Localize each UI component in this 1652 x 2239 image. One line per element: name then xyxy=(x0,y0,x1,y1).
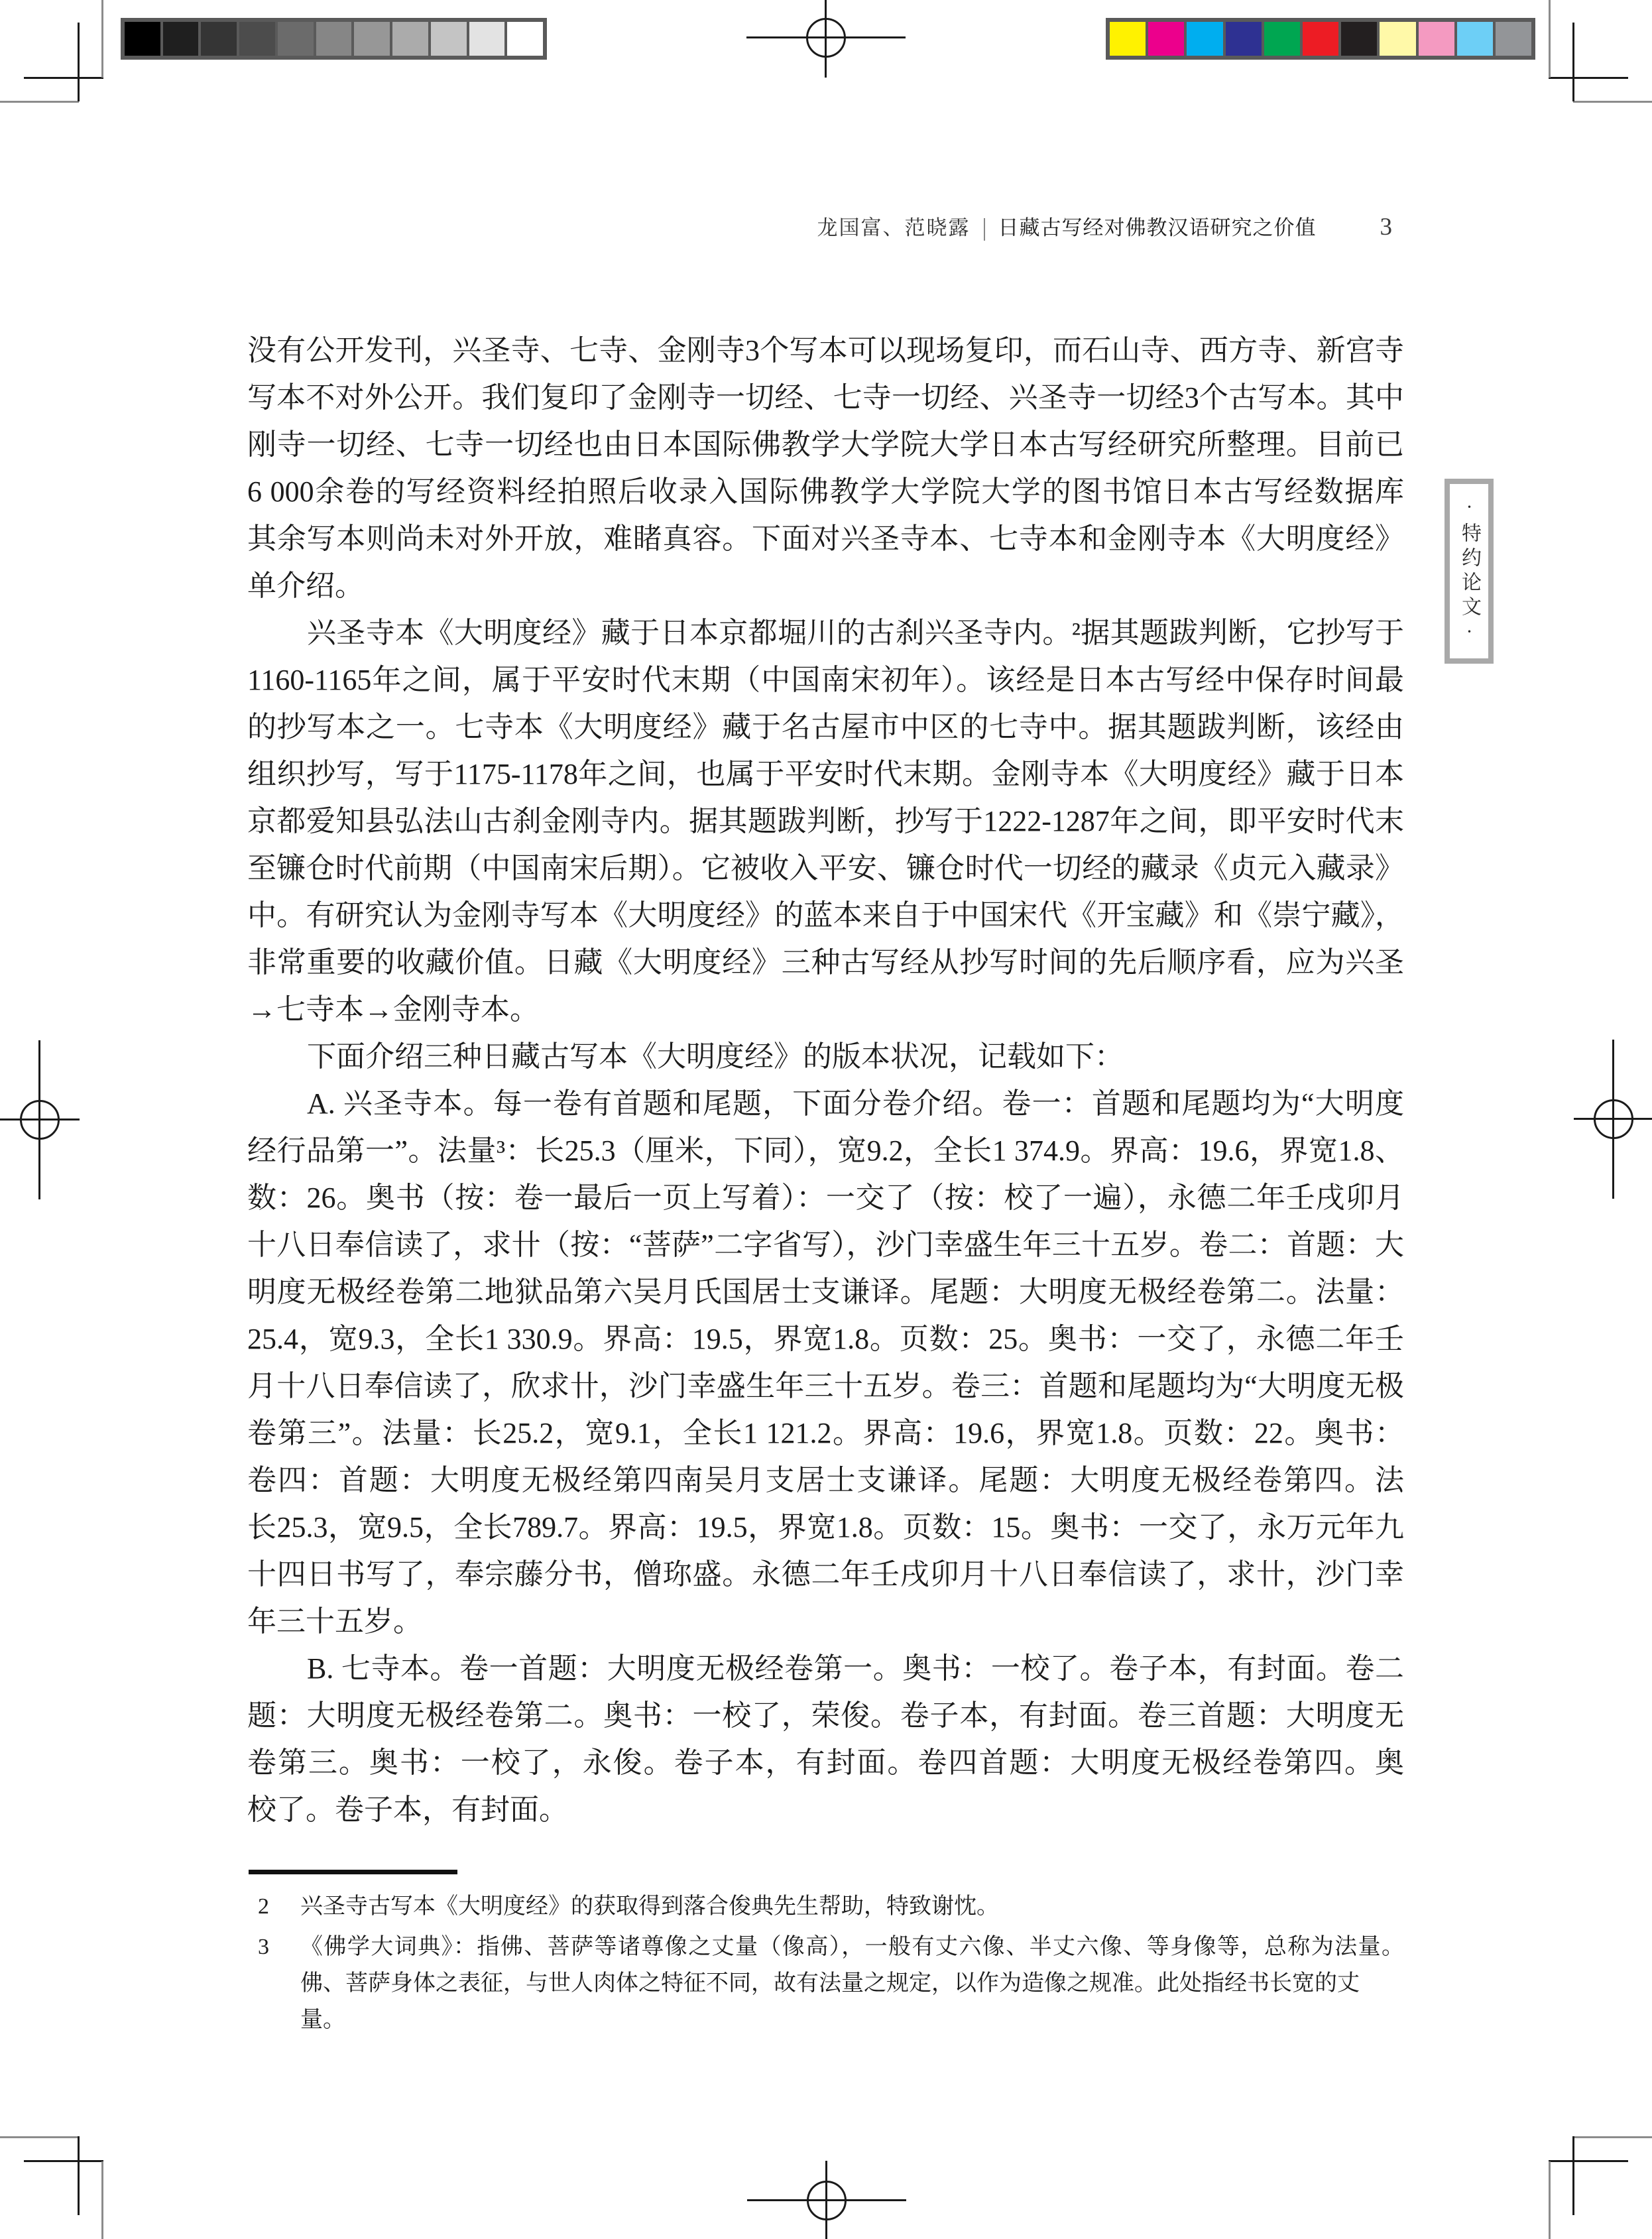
body-text-line: 校了。卷子本，有封面。 xyxy=(247,1786,1404,1833)
body-text-line: 卷四：首题：大明度无极经第四南吴月支居士支谦译。尾题：大明度无极经卷第四。法量： xyxy=(247,1457,1404,1504)
body-text-line: 题：大明度无极经卷第二。奥书：一校了，荣俊。卷子本，有封面。卷三首题：大明度无极… xyxy=(247,1692,1404,1739)
calibration-swatch xyxy=(1110,22,1146,56)
body-text-line: 其余写本则尚未对外开放，难睹真容。下面对兴圣寺本、七寺本和金刚寺本《大明度经》作… xyxy=(247,515,1404,562)
trim-mark-line xyxy=(101,0,103,78)
body-text-line: 刚寺一切经、七寺一切经也由日本国际佛教学大学院大学日本古写经研究所整理。目前已经… xyxy=(247,421,1404,468)
calibration-swatch xyxy=(1303,22,1338,56)
trim-mark-line xyxy=(0,2136,79,2138)
body-text-line: 25.4，宽9.3，全长1 330.9。界高：19.5，界宽1.8。页数：25。… xyxy=(247,1315,1404,1362)
body-text-line: 组织抄写，写于1175-1178年之间，也属于平安时代末期。金刚寺本《大明度经》… xyxy=(247,751,1404,798)
column-tab-special-paper: ·特约论文· xyxy=(1445,479,1494,664)
body-text-line: 兴圣寺本《大明度经》藏于日本京都堀川的古刹兴圣寺内。²据其题跋判断，它抄写于 xyxy=(247,609,1404,656)
trim-mark-line xyxy=(1573,101,1652,103)
calibration-swatch xyxy=(1419,22,1454,56)
trim-mark-line xyxy=(1549,77,1628,79)
body-text-line: 长25.3，宽9.5，全长789.7。界高：19.5，界宽1.8。页数：15。奥… xyxy=(247,1504,1404,1551)
body-text-line: A. 兴圣寺本。每一卷有首题和尾题，下面分卷介绍。卷一：首题和尾题均为“大明度无… xyxy=(247,1080,1404,1127)
body-text-line: B. 七寺本。卷一首题：大明度无极经卷第一。奥书：一校了。卷子本，有封面。卷二首 xyxy=(247,1645,1404,1692)
footnote: 3《佛学大词典》：指佛、菩萨等诸尊像之丈量（像高），一般有丈六像、半丈六像、等身… xyxy=(247,1929,1404,2038)
body-text-line: 卷第三”。法量：长25.2，宽9.1，全长1 121.2。界高：19.6，界宽1… xyxy=(247,1410,1404,1457)
trim-mark-line xyxy=(1549,2161,1551,2239)
calibration-swatch xyxy=(316,22,352,56)
header-article-title: 日藏古写经对佛教汉语研究之价值 xyxy=(998,211,1317,241)
body-text-line: →七寺本→金刚寺本。 xyxy=(247,986,1404,1033)
calibration-swatch xyxy=(278,22,314,56)
calibration-swatch xyxy=(354,22,390,56)
footnote: 2兴圣寺古写本《大明度经》的获取得到落合俊典先生帮助，特致谢忱。 xyxy=(247,1888,1404,1925)
calibration-swatch xyxy=(1148,22,1184,56)
footnote-number: 2 xyxy=(258,1888,300,1925)
body-text-line: 下面介绍三种日藏古写本《大明度经》的版本状况，记载如下： xyxy=(247,1033,1404,1080)
trim-mark-line xyxy=(1573,2136,1652,2138)
footnote-text-line: 兴圣寺古写本《大明度经》的获取得到落合俊典先生帮助，特致谢忱。 xyxy=(300,1888,1404,1925)
calibration-swatch xyxy=(507,22,543,56)
body-text-line: 明度无极经卷第二地狱品第六吴月氏国居士支谦译。尾题：大明度无极经卷第二。法量：长 xyxy=(247,1268,1404,1315)
trim-mark-line xyxy=(1572,23,1574,101)
body-text-line: 月十八日奉信读了，欣求卄，沙门幸盛生年三十五岁。卷三：首题和尾题均为“大明度无极… xyxy=(247,1362,1404,1410)
grayscale-calibration-bar xyxy=(121,18,547,60)
page-number: 3 xyxy=(1380,213,1393,241)
calibration-swatch xyxy=(125,22,160,56)
body-text-line: 数：26。奥书（按：卷一最后一页上写着）：一交了（按：校了一遍），永德二年壬戌卯… xyxy=(247,1174,1404,1221)
calibration-swatch xyxy=(1264,22,1300,56)
body-text-line: 单介绍。 xyxy=(247,562,1404,609)
color-calibration-bar xyxy=(1106,18,1535,60)
calibration-swatch xyxy=(1226,22,1262,56)
calibration-swatch xyxy=(1457,22,1493,56)
scanned-journal-page: 龙国富、范晓露 日藏古写经对佛教汉语研究之价值 3 ·特约论文· 没有公开发刊，… xyxy=(0,0,1652,2239)
trim-mark-line xyxy=(0,101,79,103)
body-text-line: 6 000余卷的写经资料经拍照后收录入国际佛教学大学院大学的图书馆日本古写经数据… xyxy=(247,468,1404,515)
trim-mark-line xyxy=(101,2161,103,2239)
calibration-swatch xyxy=(163,22,199,56)
header-authors: 龙国富、范晓露 xyxy=(817,211,971,241)
footnote-divider-rule xyxy=(249,1870,457,1874)
footnote-text-line: 《佛学大词典》：指佛、菩萨等诸尊像之丈量（像高），一般有丈六像、半丈六像、等身像… xyxy=(300,1929,1404,1965)
trim-mark-line xyxy=(78,2136,80,2215)
trim-mark-line xyxy=(78,23,80,101)
calibration-swatch xyxy=(1496,22,1531,56)
footnotes-block: 2兴圣寺古写本《大明度经》的获取得到落合俊典先生帮助，特致谢忱。3《佛学大词典》… xyxy=(247,1888,1404,2042)
footnote-number: 3 xyxy=(258,1929,300,2038)
trim-mark-line xyxy=(1572,2136,1574,2215)
body-text-line: 十四日书写了，奉宗藤分书，僧珎盛。永德二年壬戌卯月十八日奉信读了，求卄，沙门幸盛… xyxy=(247,1551,1404,1598)
trim-mark-line xyxy=(24,77,103,79)
calibration-swatch xyxy=(1380,22,1415,56)
body-text-line: 写本不对外公开。我们复印了金刚寺一切经、七寺一切经、兴圣寺一切经3个古写本。其中… xyxy=(247,374,1404,421)
trim-mark-line xyxy=(1549,2160,1628,2162)
footnote-text: 兴圣寺古写本《大明度经》的获取得到落合俊典先生帮助，特致谢忱。 xyxy=(300,1888,1404,1925)
body-text-line: 经行品第一”。法量³：长25.3（厘米，下同），宽9.2，全长1 374.9。界… xyxy=(247,1127,1404,1174)
trim-mark-line xyxy=(24,2160,103,2162)
body-text-line: 中。有研究认为金刚寺写本《大明度经》的蓝本来自于中国宋代《开宝藏》和《崇宁藏》，… xyxy=(247,892,1404,939)
calibration-swatch xyxy=(1187,22,1222,56)
body-text-line: 京都爱知县弘法山古刹金刚寺内。据其题跋判断，抄写于1222-1287年之间，即平… xyxy=(247,798,1404,845)
calibration-swatch xyxy=(201,22,237,56)
body-text-line: 年三十五岁。 xyxy=(247,1598,1404,1645)
column-tab-label: ·特约论文· xyxy=(1454,496,1484,647)
body-text-line: 十八日奉信读了，求卄（按：“菩萨”二字省写），沙门幸盛生年三十五岁。卷二：首题：… xyxy=(247,1221,1404,1268)
header-divider-bar xyxy=(984,218,985,241)
body-text-line: 1160-1165年之间，属于平安时代末期（中国南宋初年）。该经是日本古写经中保… xyxy=(247,656,1404,703)
body-text-line: 卷第三。奥书：一校了，永俊。卷子本，有封面。卷四首题：大明度无极经卷第四。奥书：… xyxy=(247,1739,1404,1786)
body-text-line: 非常重要的收藏价值。日藏《大明度经》三种古写经从抄写时间的先后顺序看，应为兴圣寺… xyxy=(247,939,1404,986)
calibration-swatch xyxy=(469,22,505,56)
footnote-text: 《佛学大词典》：指佛、菩萨等诸尊像之丈量（像高），一般有丈六像、半丈六像、等身像… xyxy=(300,1929,1404,2038)
running-head: 龙国富、范晓露 日藏古写经对佛教汉语研究之价值 3 xyxy=(729,211,1392,248)
calibration-swatch xyxy=(1341,22,1377,56)
footnote-text-line: 佛、菩萨身体之表征，与世人肉体之特征不同，故有法量之规定，以作为造像之规准。此处… xyxy=(300,1965,1404,2038)
trim-mark-line xyxy=(1549,0,1551,78)
body-text-line: 至镰仓时代前期（中国南宋后期）。它被收入平安、镰仓时代一切经的藏录《贞元入藏录》… xyxy=(247,845,1404,892)
body-text-line: 的抄写本之一。七寺本《大明度经》藏于名古屋市中区的七寺中。据其题跋判断，该经由地… xyxy=(247,703,1404,751)
article-body: 没有公开发刊，兴圣寺、七寺、金刚寺3个写本可以现场复印，而石山寺、西方寺、新宫寺… xyxy=(247,327,1404,1833)
body-text-line: 没有公开发刊，兴圣寺、七寺、金刚寺3个写本可以现场复印，而石山寺、西方寺、新宫寺… xyxy=(247,327,1404,374)
calibration-swatch xyxy=(239,22,275,56)
calibration-swatch xyxy=(392,22,428,56)
calibration-swatch xyxy=(431,22,467,56)
